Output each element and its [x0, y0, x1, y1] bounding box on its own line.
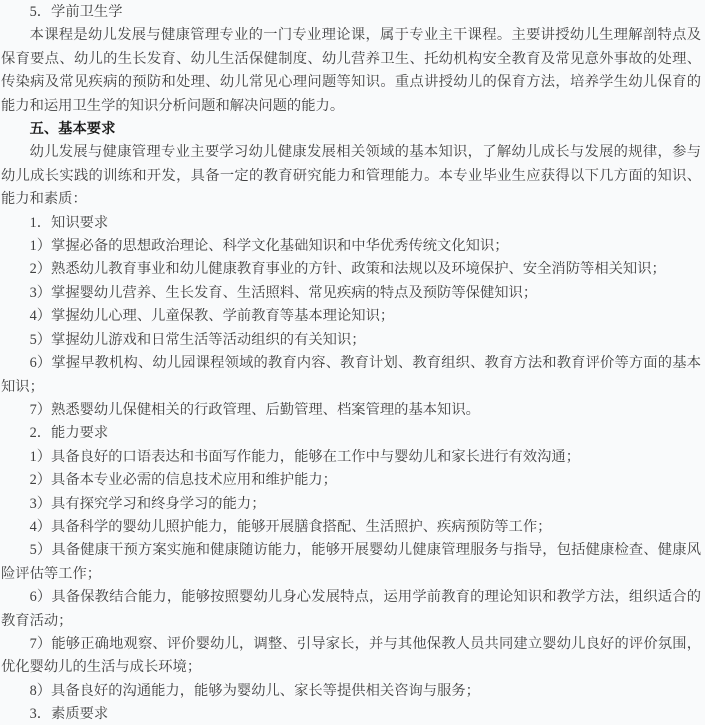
- subsection-heading: 3．素质要求: [1, 703, 701, 725]
- list-item: 2）具备本专业必需的信息技术应用和维护能力；: [1, 469, 701, 492]
- list-item: 2）熟悉幼儿教育事业和幼儿健康教育事业的方针、政策和法规以及环境保护、安全消防等…: [1, 258, 701, 281]
- section-heading: 五、基本要求: [1, 118, 701, 141]
- list-item: 4）具备科学的婴幼儿照护能力，能够开展膳食搭配、生活照护、疾病预防等工作；: [1, 516, 701, 539]
- list-item: 6）掌握早教机构、幼儿园课程领域的教育内容、教育计划、教育组织、教育方法和教育评…: [1, 352, 701, 399]
- list-item: 3）具有探究学习和终身学习的能力；: [1, 493, 701, 516]
- subsection-heading: 1．知识要求: [1, 212, 701, 235]
- paragraph: 幼儿发展与健康管理专业主要学习幼儿健康发展相关领域的基本知识，了解幼儿成长与发展…: [1, 141, 701, 211]
- list-item: 5）掌握幼儿游戏和日常生活等活动组织的有关知识；: [1, 329, 701, 352]
- list-item: 1）掌握必备的思想政治理论、科学文化基础知识和中华优秀传统文化知识；: [1, 235, 701, 258]
- list-item: 7）熟悉婴幼儿保健相关的行政管理、后勤管理、档案管理的基本知识。: [1, 399, 701, 422]
- list-item: 7）能够正确地观察、评价婴幼儿，调整、引导家长，并与其他保教人员共同建立婴幼儿良…: [1, 633, 701, 680]
- document-body: 5．学前卫生学本课程是幼儿发展与健康管理专业的一门专业理论课，属于专业主干课程。…: [0, 0, 705, 725]
- list-item: 3）掌握婴幼儿营养、生长发育、生活照料、常见疾病的特点及预防等保健知识；: [1, 282, 701, 305]
- course-item-title: 5．学前卫生学: [1, 1, 701, 24]
- list-item: 5）具备健康干预方案实施和健康随访能力，能够开展婴幼儿健康管理服务与指导，包括健…: [1, 539, 701, 586]
- paragraph: 本课程是幼儿发展与健康管理专业的一门专业理论课，属于专业主干课程。主要讲授幼儿生…: [1, 24, 701, 118]
- list-item: 6）具备保教结合能力，能够按照婴幼儿身心发展特点，运用学前教育的理论知识和教学方…: [1, 586, 701, 633]
- list-item: 4）掌握幼儿心理、儿童保教、学前教育等基本理论知识；: [1, 305, 701, 328]
- list-item: 8）具备良好的沟通能力，能够为婴幼儿、家长等提供相关咨询与服务；: [1, 680, 701, 703]
- subsection-heading: 2．能力要求: [1, 422, 701, 445]
- list-item: 1）具备良好的口语表达和书面写作能力，能够在工作中与婴幼儿和家长进行有效沟通；: [1, 446, 701, 469]
